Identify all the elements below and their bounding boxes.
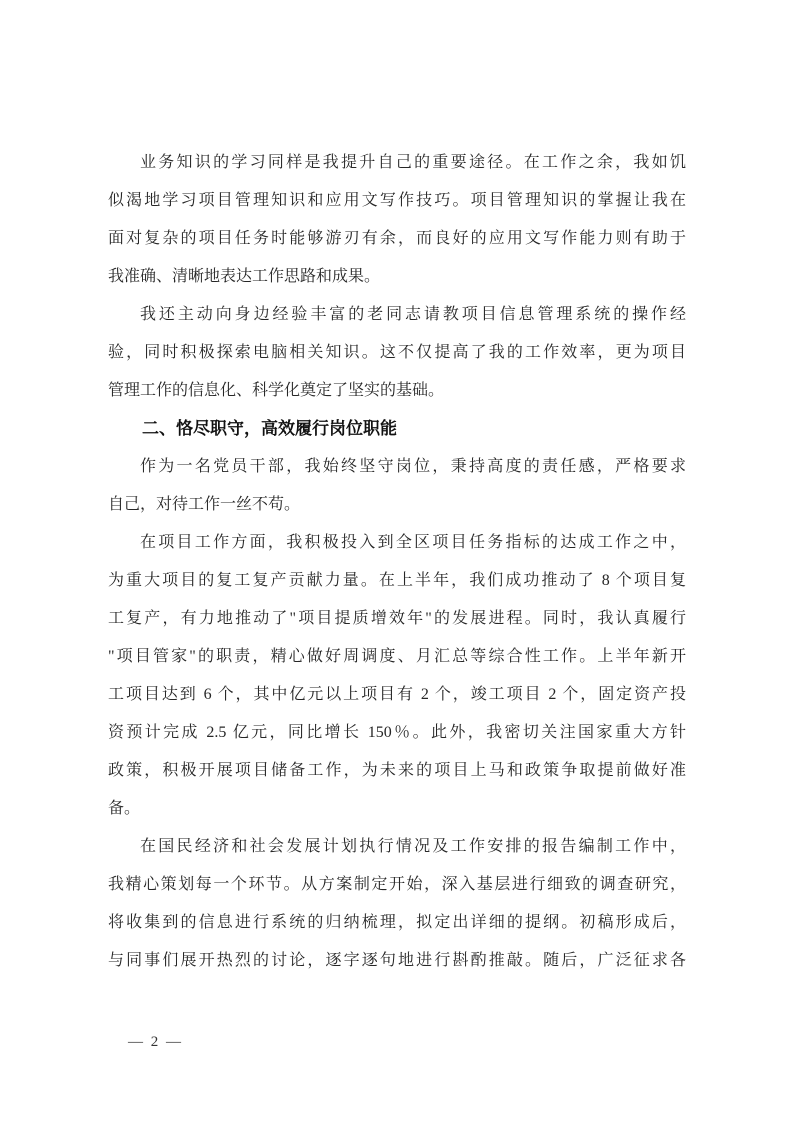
text-line: 工项目达到 6 个，其中亿元以上项目有 2 个，竣工项目 2 个，固定资产投 [108,676,686,714]
text-line: 管理工作的信息化、科学化奠定了坚实的基础。 [108,372,686,410]
text-line: 作为一名党员干部，我始终坚守岗位，秉持高度的责任感，严格要求 [108,448,686,486]
text-line: 将收集到的信息进行系统的归纳梳理，拟定出详细的提纲。初稿形成后， [108,904,686,942]
paragraph: 在项目工作方面，我积极投入到全区项目任务指标的达成工作之中， 为重大项目的复工复… [108,524,686,828]
text-line: 我准确、清晰地表达工作思路和成果。 [108,258,686,296]
section-heading: 二、恪尽职守，高效履行岗位职能 [108,410,686,448]
text-line: 政策，积极开展项目储备工作，为未来的项目上马和政策争取提前做好准 [108,752,686,790]
page-number: — 2 — [128,1030,183,1054]
text-line: 自己，对待工作一丝不苟。 [108,486,686,524]
text-line: 业务知识的学习同样是我提升自己的重要途径。在工作之余，我如饥 [108,144,686,182]
text-line: 我还主动向身边经验丰富的老同志请教项目信息管理系统的操作经 [108,296,686,334]
text-line: 在国民经济和社会发展计划执行情况及工作安排的报告编制工作中， [108,828,686,866]
text-line: 与同事们展开热烈的讨论，逐字逐句地进行斟酌推敲。随后，广泛征求各 [108,942,686,980]
text-line: 面对复杂的项目任务时能够游刃有余，而良好的应用文写作能力则有助于 [108,220,686,258]
paragraph: 我还主动向身边经验丰富的老同志请教项目信息管理系统的操作经 验，同时积极探索电脑… [108,296,686,410]
paragraph: 在国民经济和社会发展计划执行情况及工作安排的报告编制工作中， 我精心策划每一个环… [108,828,686,980]
document-body: 业务知识的学习同样是我提升自己的重要途径。在工作之余，我如饥 似渴地学习项目管理… [108,144,686,980]
section-heading-text: 二、恪尽职守，高效履行岗位职能 [108,410,686,448]
text-line: 在项目工作方面，我积极投入到全区项目任务指标的达成工作之中， [108,524,686,562]
text-line: 验，同时积极探索电脑相关知识。这不仅提高了我的工作效率，更为项目 [108,334,686,372]
paragraph: 作为一名党员干部，我始终坚守岗位，秉持高度的责任感，严格要求 自己，对待工作一丝… [108,448,686,524]
text-line: 似渴地学习项目管理知识和应用文写作技巧。项目管理知识的掌握让我在 [108,182,686,220]
text-line: 我精心策划每一个环节。从方案制定开始，深入基层进行细致的调查研究， [108,866,686,904]
text-line: 备。 [108,790,686,828]
text-line: 为重大项目的复工复产贡献力量。在上半年，我们成功推动了 8 个项目复 [108,562,686,600]
text-line: 资预计完成 2.5 亿元，同比增长 150％。此外，我密切关注国家重大方针 [108,714,686,752]
text-line: "项目管家"的职责，精心做好周调度、月汇总等综合性工作。上半年新开 [108,638,686,676]
text-line: 工复产，有力地推动了"项目提质增效年"的发展进程。同时，我认真履行 [108,600,686,638]
paragraph: 业务知识的学习同样是我提升自己的重要途径。在工作之余，我如饥 似渴地学习项目管理… [108,144,686,296]
document-page: 业务知识的学习同样是我提升自己的重要途径。在工作之余，我如饥 似渴地学习项目管理… [0,0,793,1122]
